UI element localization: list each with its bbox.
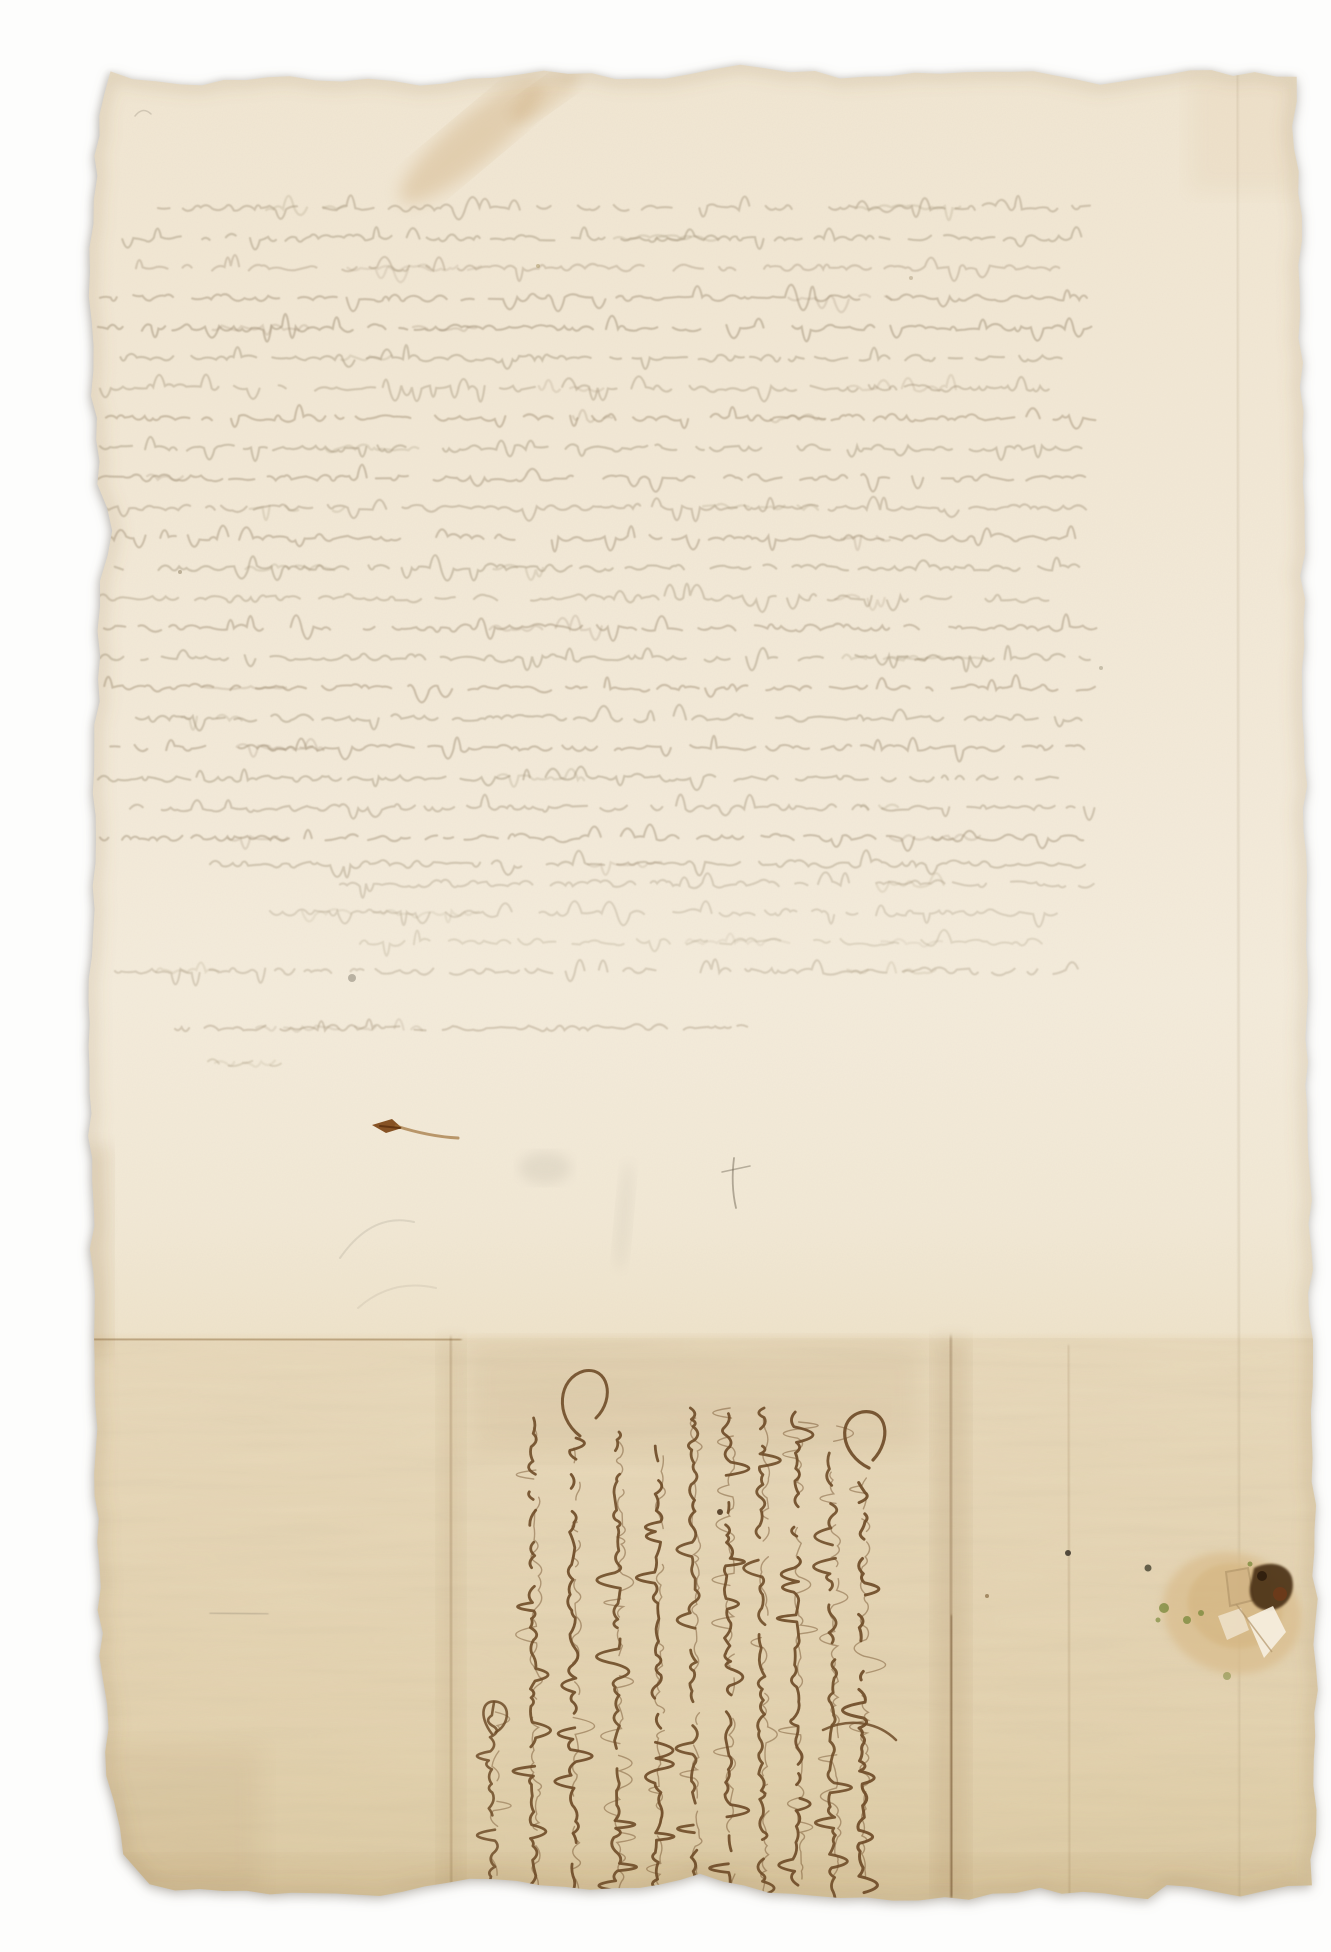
panel-fiber-texture	[80, 1338, 1330, 1908]
manuscript-photo	[40, 16, 1331, 1936]
manuscript-letter-verso: handwriting illegible at capture resolut…	[40, 16, 1331, 1936]
